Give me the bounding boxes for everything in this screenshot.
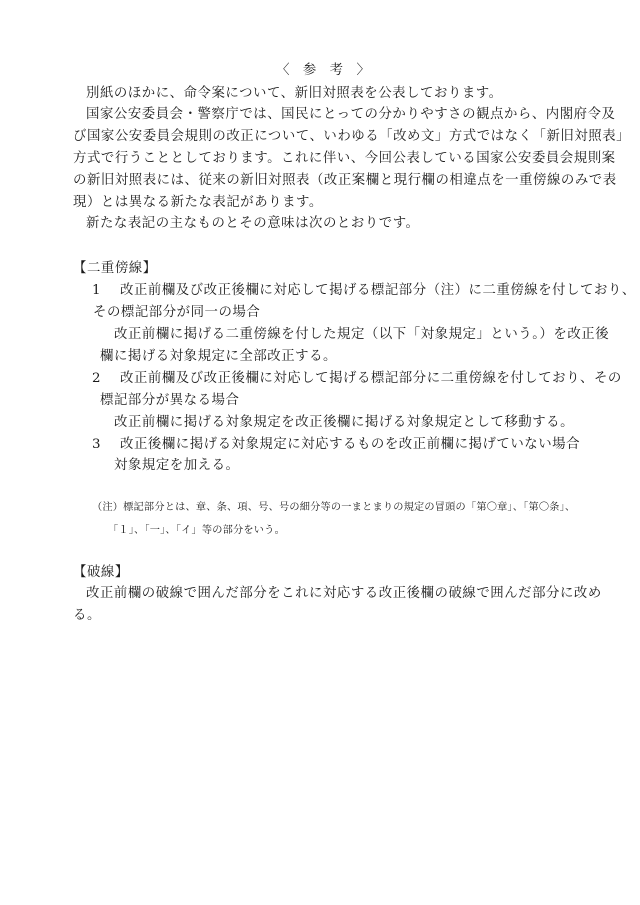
item-1-meaning: 改正前欄に掲げる二重傍線を付した規定（以下「対象規定」という。）を改正後 — [114, 327, 609, 343]
item-condition: 改正後欄に掲げる対象規定に対応するものを改正前欄に掲げていない場合 — [120, 437, 580, 452]
intro-line-2: 国家公安委員会・警察庁では、国民にとっての分かりやすさの観点から、内閣府令及 — [86, 107, 615, 123]
section-heading-dashed-line: 【破線】 — [73, 565, 129, 581]
item-number: 3 — [92, 437, 120, 453]
footnote-line-1: （注）標記部分とは、章、条、項、号、号の細分等の一まとまりの規定の冒頭の「第〇章… — [92, 500, 575, 516]
item-1-meaning-cont: 欄に掲げる対象規定に全部改正する。 — [100, 349, 337, 365]
item-2-meaning: 改正前欄に掲げる対象規定を改正後欄に掲げる対象規定として移動する。 — [114, 415, 574, 431]
section-heading-double-underline: 【二重傍線】 — [73, 261, 157, 277]
item-condition: 改正前欄及び改正後欄に対応して掲げる標記部分に二重傍線を付しており、その — [120, 371, 622, 386]
list-item-3: 3改正後欄に掲げる対象規定に対応するものを改正前欄に掲げていない場合 — [92, 437, 580, 453]
list-item-2: 2改正前欄及び改正後欄に対応して掲げる標記部分に二重傍線を付しており、その — [92, 371, 622, 387]
item-1-condition-cont: その標記部分が同一の場合 — [93, 305, 260, 321]
document-page: 〈 参 考 〉 別紙のほかに、命令案について、新旧対照表を公表しております。 国… — [0, 0, 640, 905]
document-title: 〈 参 考 〉 — [0, 63, 640, 79]
intro-line-3: び国家公安委員会規則の改正について、いわゆる「改め文」方式ではなく「新旧対照表」 — [73, 129, 630, 145]
intro-line-5: の新旧対照表には、従来の新旧対照表（改正案欄と現行欄の相違点を一重傍線のみで表 — [73, 173, 617, 189]
item-3-meaning: 対象規定を加える。 — [114, 458, 239, 474]
intro-line-6: 現）とは異なる新たな表記があります。 — [73, 195, 323, 211]
intro-line-1: 別紙のほかに、命令案について、新旧対照表を公表しております。 — [86, 86, 503, 102]
footnote-line-2: 「１」、「一」、「イ」等の部分をいう。 — [108, 523, 285, 539]
dashed-line-body-cont: る。 — [73, 608, 101, 624]
item-number: 2 — [92, 371, 120, 387]
item-condition: 改正前欄及び改正後欄に対応して掲げる標記部分（注）に二重傍線を付しており、 — [120, 283, 636, 298]
item-number: 1 — [92, 283, 120, 299]
intro-line-4: 方式で行うこととしております。これに伴い、今回公表している国家公安委員会規則案 — [73, 151, 616, 167]
dashed-line-body: 改正前欄の破線で囲んだ部分をこれに対応する改正後欄の破線で囲んだ部分に改め — [86, 586, 602, 602]
item-2-condition-cont: 標記部分が異なる場合 — [100, 393, 239, 409]
intro-line-7: 新たな表記の主なものとその意味は次のとおりです。 — [86, 216, 420, 232]
list-item-1: 1改正前欄及び改正後欄に対応して掲げる標記部分（注）に二重傍線を付しており、 — [92, 283, 636, 299]
